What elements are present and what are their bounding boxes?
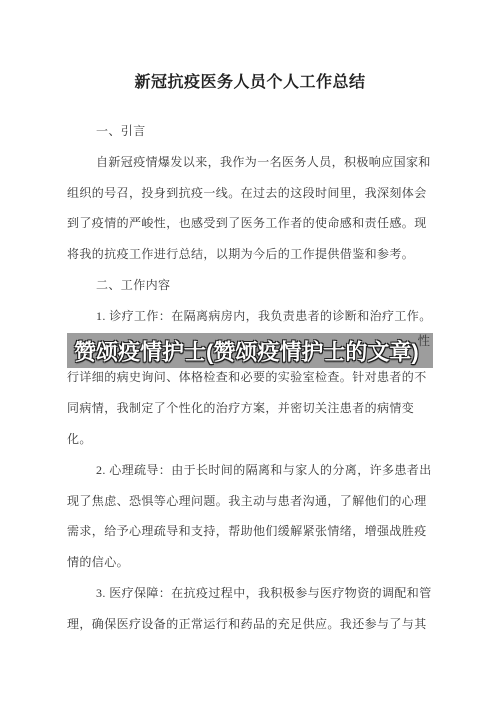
text-line: 到了疫情的严峻性，也感受到了医务工作者的使命感和责任感。现 [67,208,437,239]
text-line: 现了焦虑、恐惧等心理问题。我主动与患者沟通，了解他们的心理 [67,486,437,517]
text-line: 将我的抗疫工作进行总结，以期为今后的工作提供借鉴和参考。 [67,239,437,270]
document-page: 新冠抗疫医务人员个人工作总结 一、引言自新冠疫情爆发以来，我作为一名医务人员，积… [0,0,500,706]
text-line: 2. 心理疏导：由于长时间的隔离和与家人的分离，许多患者出 [67,455,437,486]
text-line: 理，确保医疗设备的正常运行和药品的充足供应。我还参与了与其 [67,609,437,640]
text-line: 组织的号召，投身到抗疫一线。在过去的这段时间里，我深刻体会 [67,178,437,209]
text-line: 二、工作内容 [67,270,437,301]
text-line: 同病情，我制定了个性化的治疗方案，并密切关注患者的病情变 [67,393,437,424]
document-title: 新冠抗疫医务人员个人工作总结 [0,68,500,98]
overlay-title-text: 赞颂疫情护士(赞颂疫情护士的文章) [74,335,419,366]
text-line: 自新冠疫情爆发以来，我作为一名医务人员，积极响应国家和 [67,147,437,178]
text-line: 需求，给予心理疏导和支持，帮助他们缓解紧张情绪，增强战胜疫 [67,516,437,547]
document-body: 一、引言自新冠疫情爆发以来，我作为一名医务人员，积极响应国家和组织的号召，投身到… [67,116,437,640]
text-line: 一、引言 [67,116,437,147]
text-line: 情的信心。 [67,547,437,578]
text-line: 3. 医疗保障：在抗疫过程中，我积极参与医疗物资的调配和管 [67,578,437,609]
obscured-text-fragment: 性 [417,334,430,349]
text-line: 1. 诊疗工作：在隔离病房内，我负责患者的诊断和治疗工作。 [67,301,437,332]
watermark-overlay-bar: 性 赞颂疫情护士(赞颂疫情护士的文章) [67,333,433,368]
text-line: 化。 [67,424,437,455]
